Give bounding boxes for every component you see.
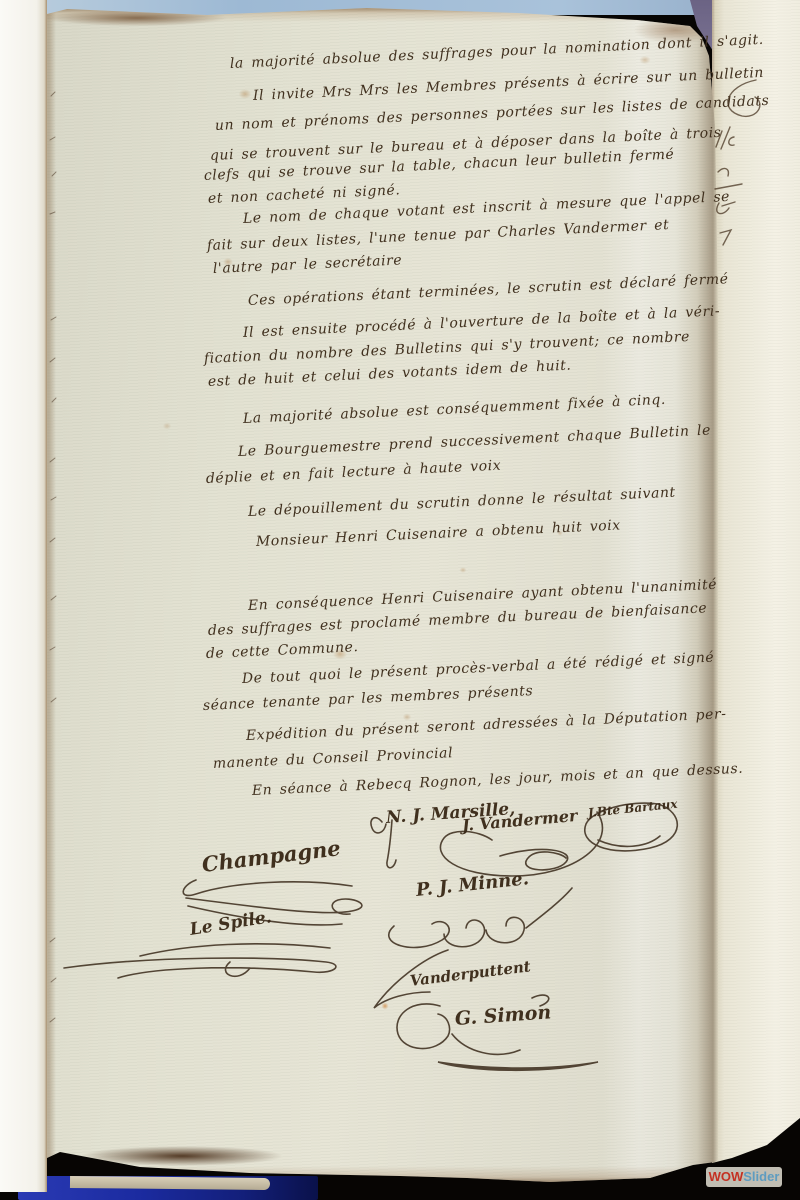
manuscript-photo: la majorité absolue des suffrages pour l… — [0, 0, 800, 1200]
left-page-edge-strip — [0, 0, 47, 1192]
watermark-slider-text: Slider — [743, 1167, 779, 1187]
manuscript-page — [47, 6, 718, 1186]
watermark-wow-text: WOW — [709, 1167, 744, 1187]
table-edge-sliver — [70, 1176, 270, 1190]
facing-page-edge — [712, 0, 800, 1165]
wowslider-watermark[interactable]: WOWSlider — [706, 1167, 782, 1187]
